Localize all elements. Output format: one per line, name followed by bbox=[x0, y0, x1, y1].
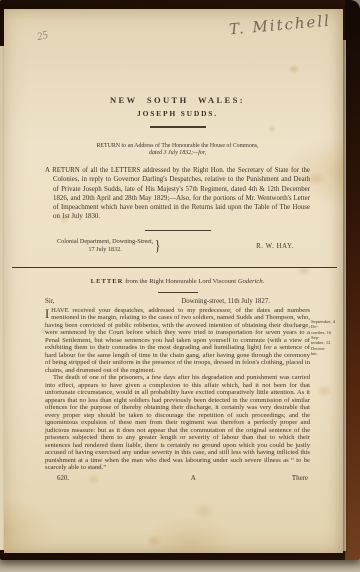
drop-cap: I bbox=[45, 308, 49, 320]
book-binding-right bbox=[345, 0, 360, 560]
dateline: Downing-street, 11th July 1827. bbox=[181, 298, 270, 305]
margin-note-line: cember, 16 Sep- bbox=[311, 330, 340, 341]
letter-heading-prefix: LETTER bbox=[91, 278, 124, 285]
title-rule bbox=[150, 126, 206, 128]
department-address: Colonial Department, Downing-Street, 17 … bbox=[57, 238, 153, 254]
margin-note-line: tember, 12 Decem- bbox=[311, 340, 340, 351]
margin-note-line: ber. bbox=[311, 351, 340, 356]
return-paragraph: A RETURN of all the LETTERS addressed by… bbox=[45, 166, 310, 222]
letter-paragraph-2: The death of one of the prisoners, a few… bbox=[45, 374, 310, 472]
letter-body: September, 4 De- cember, 16 Sep- tember,… bbox=[45, 307, 310, 472]
signature-mark: A bbox=[191, 475, 196, 482]
document-page: 25 T. Mitchell NEW SOUTH WALES: JOSEPH S… bbox=[4, 9, 343, 553]
paper-number: 620. bbox=[57, 475, 69, 482]
catchword: There bbox=[292, 475, 308, 482]
letter-paragraph-1: IHAVE received your despatches, addresse… bbox=[45, 307, 310, 375]
divider-rule bbox=[12, 267, 337, 268]
letter-rule bbox=[158, 292, 198, 293]
letter-heading: LETTER from the Right Honourable Lord Vi… bbox=[45, 278, 310, 285]
department-line1: Colonial Department, Downing-Street, bbox=[57, 238, 153, 246]
order-caption-line2: dated 3 July 1832;—for, bbox=[45, 150, 310, 156]
department-block: Colonial Department, Downing-Street, 17 … bbox=[45, 238, 310, 255]
margin-note-line: September, 4 De- bbox=[311, 319, 340, 330]
photo-background: 25 T. Mitchell NEW SOUTH WALES: JOSEPH S… bbox=[0, 0, 360, 572]
order-caption-line1: RETURN to an Address of The Honourable t… bbox=[45, 143, 310, 149]
letter-paragraph-1-text: HAVE received your despatches, addressed… bbox=[45, 307, 310, 374]
brace-glyph: } bbox=[155, 238, 161, 255]
page-content: NEW SOUTH WALES: JOSEPH SUDDS. RETURN to… bbox=[45, 9, 310, 485]
book-cover: 25 T. Mitchell NEW SOUTH WALES: JOSEPH S… bbox=[0, 0, 360, 560]
section-rule bbox=[145, 230, 211, 231]
salutation-row: Sir, Downing-street, 11th July 1827. bbox=[45, 298, 310, 305]
department-signoff: R. W. HAY. bbox=[256, 243, 294, 250]
department-line2: 17 July 1832. bbox=[57, 246, 153, 254]
letter-heading-name: Goderich. bbox=[238, 278, 265, 285]
page-title: NEW SOUTH WALES: bbox=[45, 95, 310, 105]
salutation: Sir, bbox=[45, 298, 55, 305]
page-subtitle: JOSEPH SUDDS. bbox=[45, 109, 310, 118]
page-footer: 620. A There bbox=[45, 475, 310, 485]
letter-heading-middle: from the Right Honourable Lord Viscount bbox=[123, 278, 237, 285]
margin-note: September, 4 De- cember, 16 Sep- tember,… bbox=[311, 319, 340, 357]
